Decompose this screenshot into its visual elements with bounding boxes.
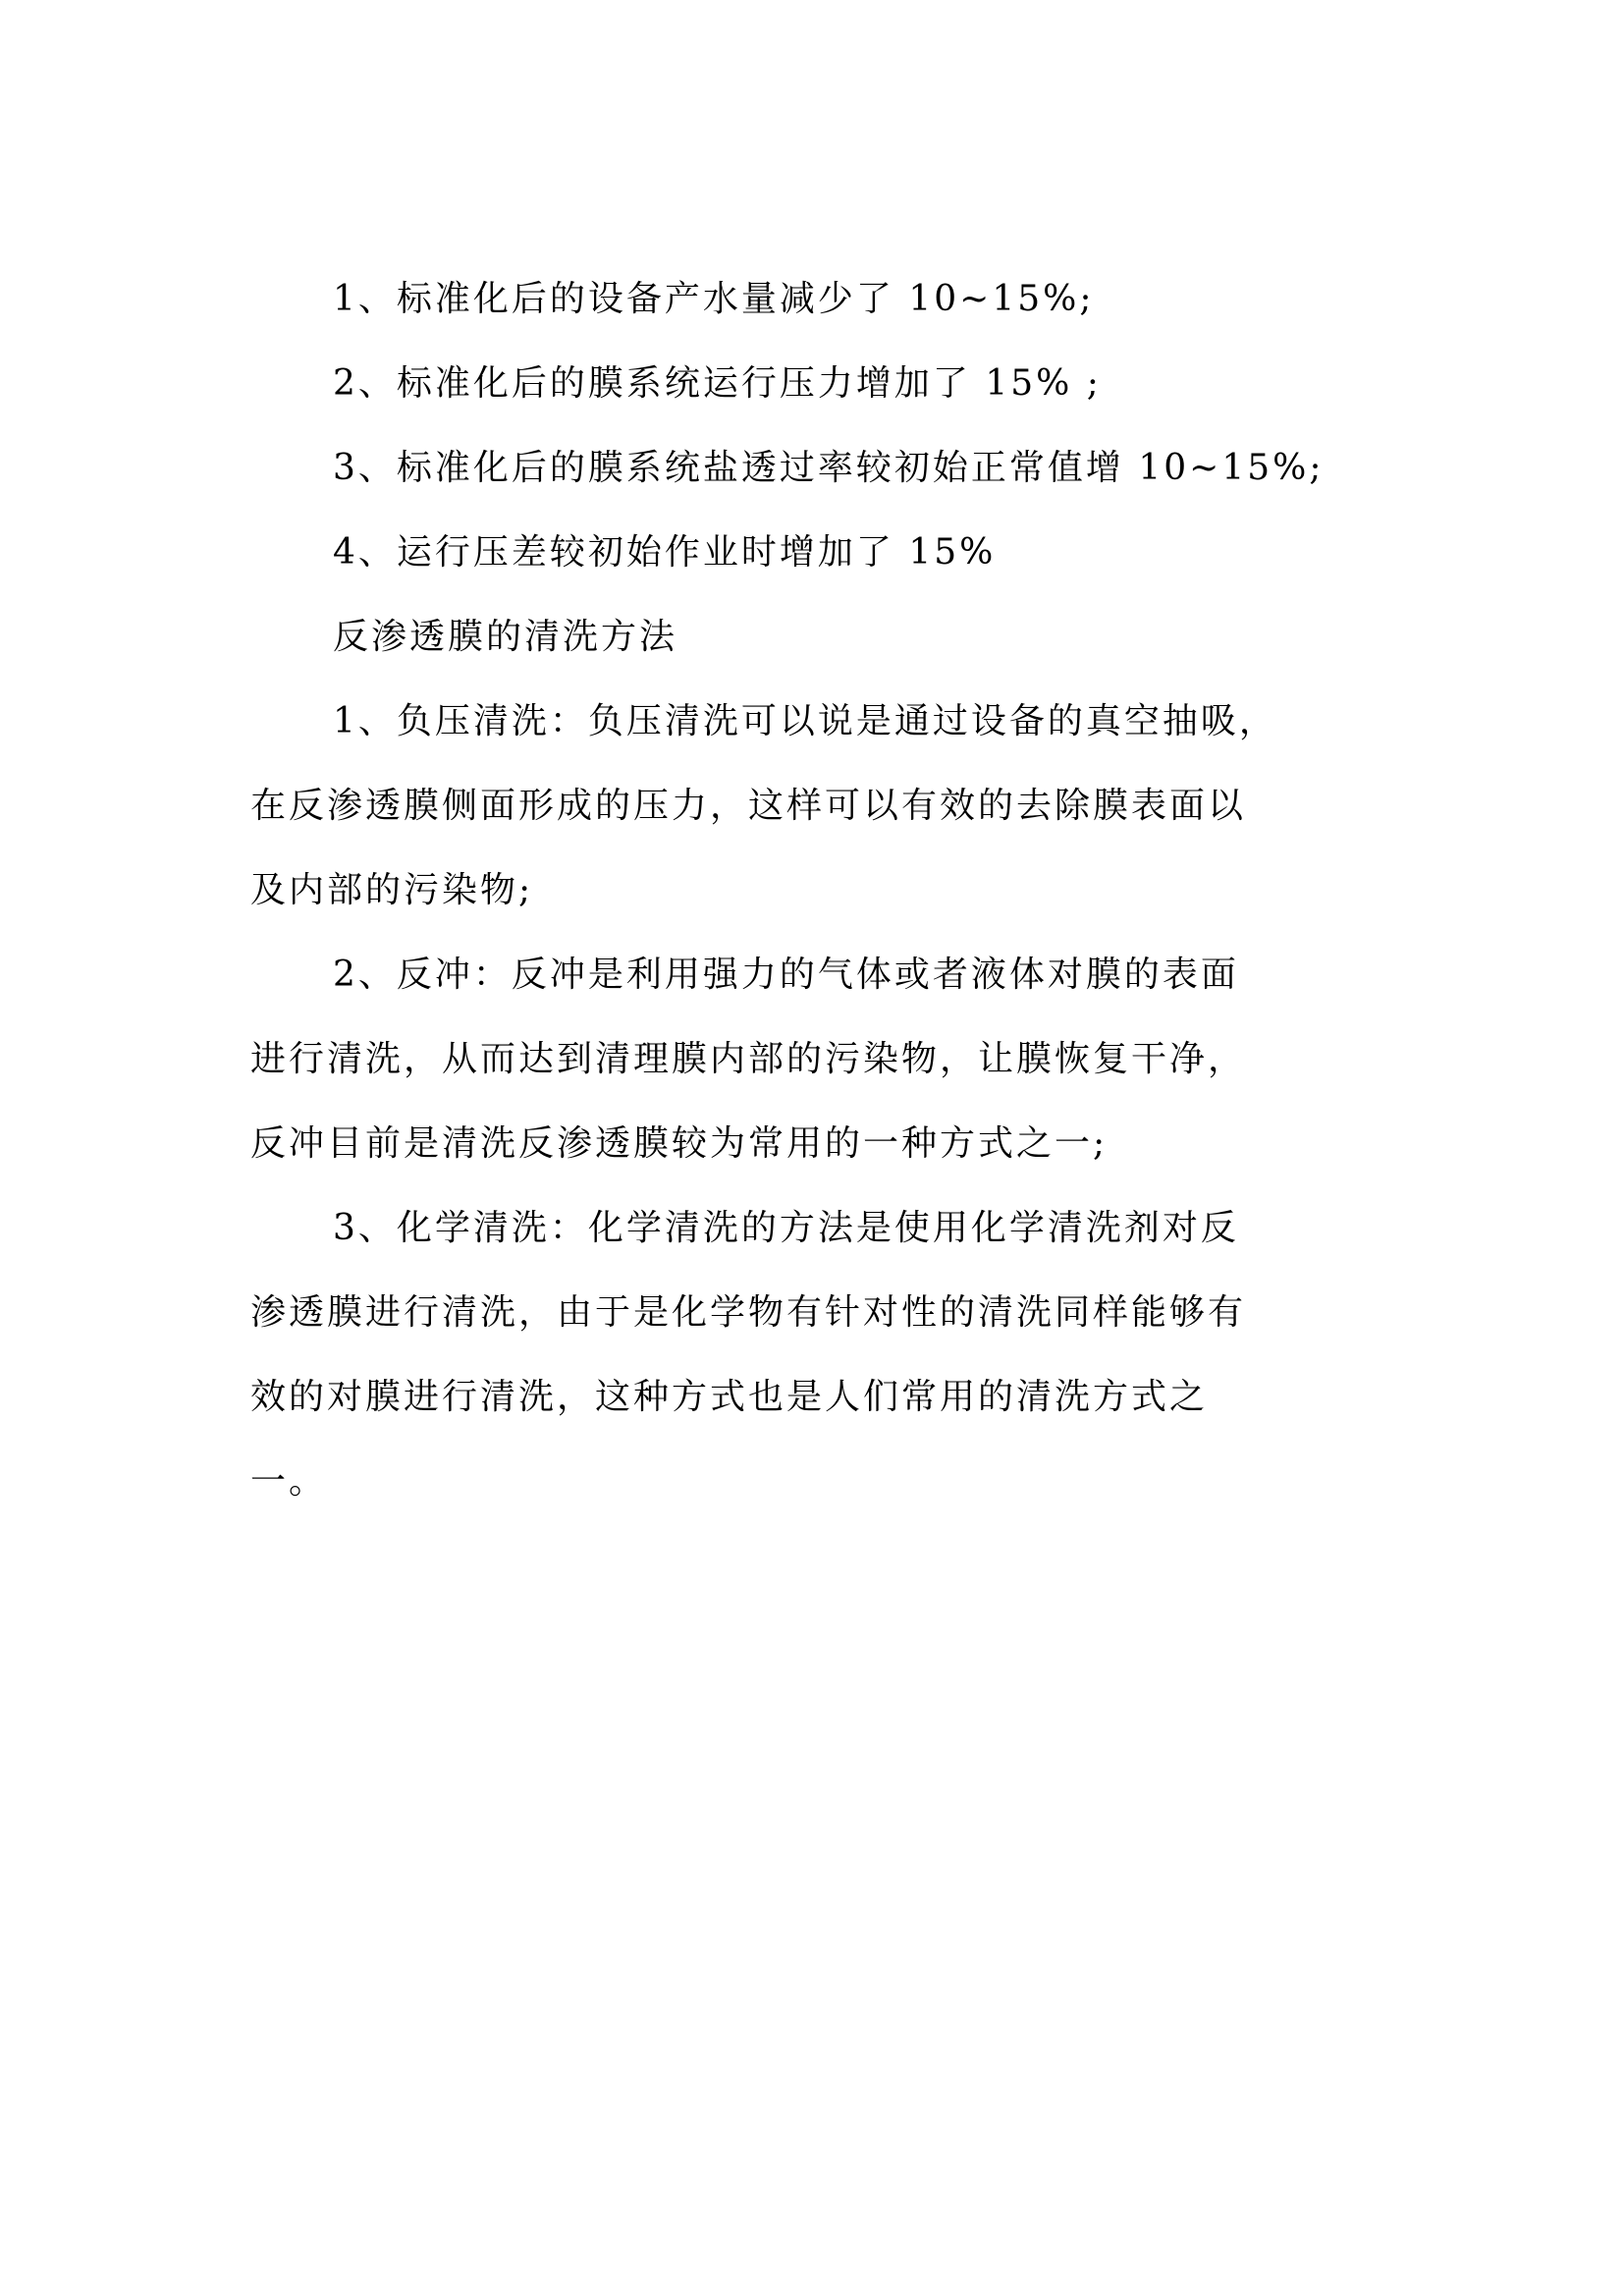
paragraph-negative-pressure-cleaning: 1、负压清洗：负压清洗可以说是通过设备的真空抽吸， 在反渗透膜侧面形成的压力，这… xyxy=(250,680,1389,933)
paragraph-line: 效的对膜进行清洗，这种方式也是人们常用的清洗方式之 xyxy=(250,1355,1389,1440)
paragraph-line: 渗透膜进行清洗，由于是化学物有针对性的清洗同样能够有 xyxy=(250,1271,1389,1355)
list-item: 3、标准化后的膜系统盐透过率较初始正常值增 10~15%; xyxy=(250,426,1389,511)
document-page: 1、标准化后的设备产水量减少了 10~15%; 2、标准化后的膜系统运行压力增加… xyxy=(250,257,1389,1524)
paragraph-backflush: 2、反冲：反冲是利用强力的气体或者液体对膜的表面 进行清洗，从而达到清理膜内部的… xyxy=(250,933,1389,1186)
paragraph-line: 1、负压清洗：负压清洗可以说是通过设备的真空抽吸， xyxy=(250,680,1389,764)
list-item: 2、标准化后的膜系统运行压力增加了 15% ; xyxy=(250,342,1389,426)
paragraph-line: 在反渗透膜侧面形成的压力，这样可以有效的去除膜表面以 xyxy=(250,764,1389,848)
paragraph-line: 3、化学清洗：化学清洗的方法是使用化学清洗剂对反 xyxy=(250,1186,1389,1271)
paragraph-line: 反冲目前是清洗反渗透膜较为常用的一种方式之一; xyxy=(250,1102,1389,1186)
paragraph-line: 2、反冲：反冲是利用强力的气体或者液体对膜的表面 xyxy=(250,933,1389,1017)
paragraph-line: 进行清洗，从而达到清理膜内部的污染物，让膜恢复干净， xyxy=(250,1017,1389,1102)
list-item: 1、标准化后的设备产水量减少了 10~15%; xyxy=(250,257,1389,342)
paragraph-line: 及内部的污染物; xyxy=(250,848,1389,933)
paragraph-chemical-cleaning: 3、化学清洗：化学清洗的方法是使用化学清洗剂对反 渗透膜进行清洗，由于是化学物有… xyxy=(250,1186,1389,1524)
paragraph-line: 一。 xyxy=(250,1440,1389,1524)
list-item: 4、运行压差较初始作业时增加了 15% xyxy=(250,511,1389,595)
section-heading: 反渗透膜的清洗方法 xyxy=(250,595,1389,680)
